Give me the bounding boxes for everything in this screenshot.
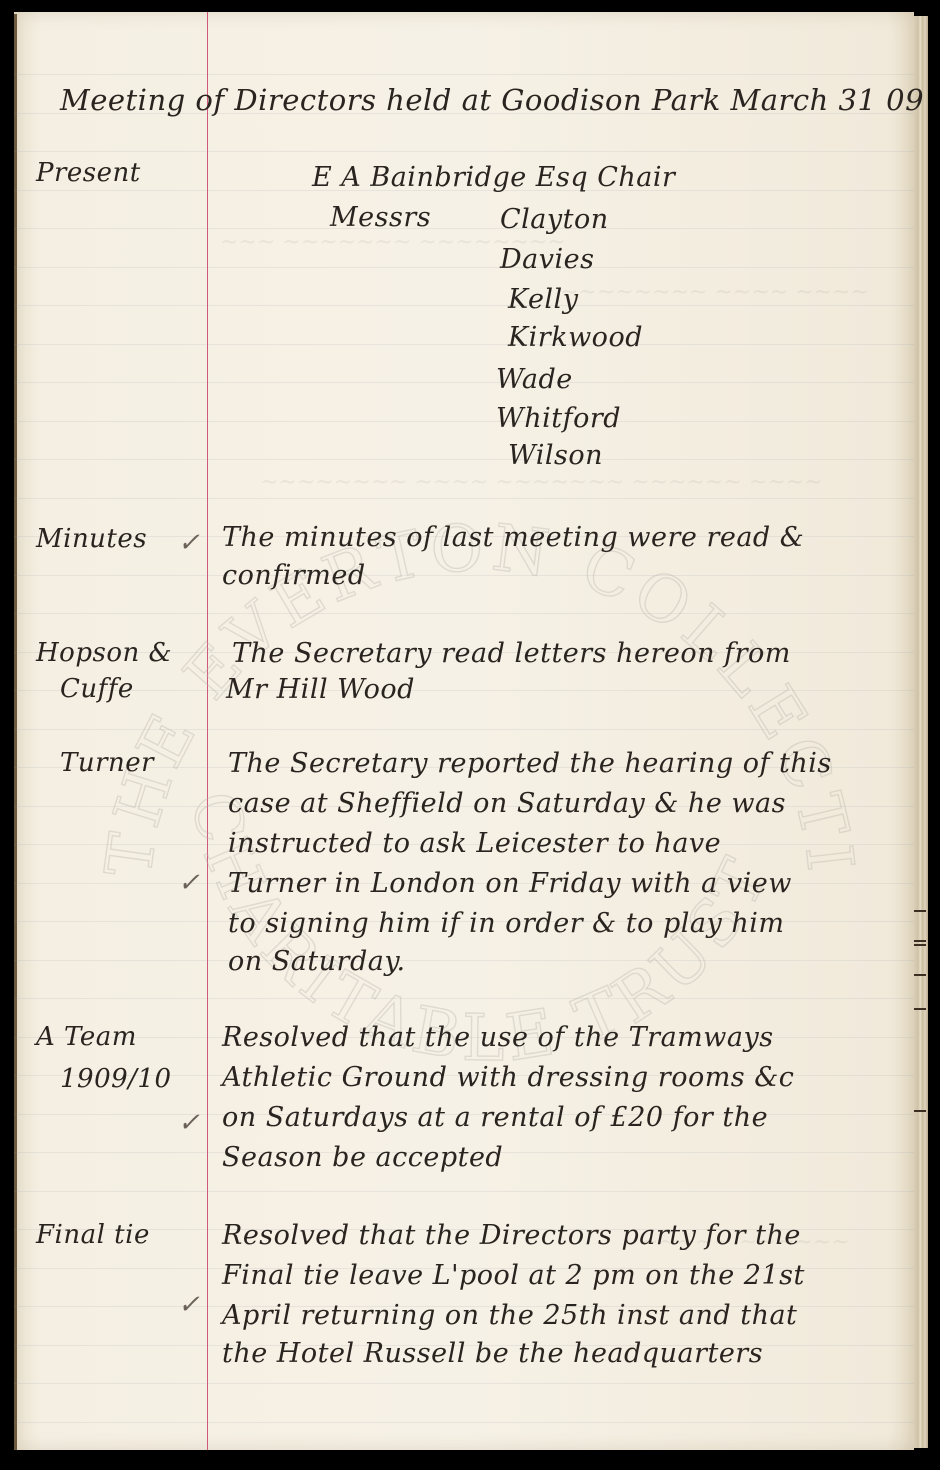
minute-line: confirmed [222,562,366,589]
ruled-line [14,459,914,460]
minute-line: instructed to ask Leicester to have [228,830,721,857]
side-label-a-team: A Team [36,1024,137,1050]
page-tab-mark [914,1110,926,1112]
ruled-line [14,267,914,268]
minute-line: to signing him if in order & to play him [228,910,784,937]
minute-line: The Secretary read letters hereon from [232,640,791,667]
director-name: Kirkwood [508,324,643,351]
director-name: Clayton [500,206,609,233]
red-margin-rule [207,12,208,1450]
stacked-page-edges [914,16,928,1448]
minute-line: Final tie leave L'pool at 2 pm on the 21… [222,1262,805,1289]
minute-line: The Secretary reported the hearing of th… [228,750,832,777]
minute-line: Athletic Ground with dressing rooms &c [222,1064,794,1091]
minute-line: on Saturdays at a rental of £20 for the [222,1104,768,1131]
minute-line: Resolved that the use of the Tramways [222,1024,774,1051]
ruled-line [14,1191,914,1192]
minute-line: Mr Hill Wood [226,676,415,703]
director-name: Whitford [496,405,621,432]
minute-line: case at Sheffield on Saturday & he was [228,790,786,817]
page-left-edge [14,14,17,1450]
side-label-a-team-season: 1909/10 [60,1066,172,1092]
ruled-line [14,729,914,730]
page-tab-mark [914,910,926,912]
side-label-present: Present [36,160,141,186]
ruled-line [14,690,914,691]
side-label-final-tie: Final tie [36,1222,150,1248]
tick-mark-icon: ✓ [178,1108,200,1138]
minute-line: Resolved that the Directors party for th… [222,1222,801,1249]
ruled-line [14,421,914,422]
minute-line: The minutes of last meeting were read & [222,524,804,551]
ruled-line [14,575,914,576]
ruled-line [14,151,914,152]
ruled-line [14,382,914,383]
page-tab-mark [914,1008,926,1010]
ruled-line [14,74,914,75]
director-name: Kelly [508,286,578,313]
director-name: Davies [500,246,594,273]
chair-line: E A Bainbridge Esq Chair [312,164,675,191]
side-label-minutes: Minutes [36,526,147,552]
page-tab-mark [914,974,926,976]
ruled-line [14,613,914,614]
minute-line: the Hotel Russell be the headquarters [222,1340,763,1367]
ruled-line [14,960,914,961]
ruled-line [14,1383,914,1384]
ruled-line [14,228,914,229]
director-name: Wade [496,366,573,393]
tick-mark-icon: ✓ [178,1290,200,1320]
show-through-text: ~~~~~~~~ ~~~~ ~~~~~~~ ~~~~~~ ~~~~ [260,470,823,495]
ruled-line [14,344,914,345]
page-tab-mark [914,944,926,946]
tick-mark-icon: ✓ [178,528,200,558]
minute-line: Season be accepted [222,1144,503,1171]
page-tab-mark [914,940,926,942]
director-name: Wilson [508,442,603,469]
ruled-line [14,998,914,999]
meeting-heading: Meeting of Directors held at Goodison Pa… [60,86,924,115]
minute-line: Turner in London on Friday with a view [228,870,792,897]
side-label-hopson-cuffe: Cuffe [60,676,134,702]
ruled-line [14,1422,914,1423]
minute-line: on Saturday. [228,948,406,975]
tick-mark-icon: ✓ [178,868,200,898]
messrs-label: Messrs [330,204,431,231]
side-label-turner: Turner [60,750,154,776]
show-through-text: ~~~~~~~~ ~~~~ ~~~~ [560,280,869,305]
minute-line: April returning on the 25th inst and tha… [222,1302,797,1329]
ruled-line [14,305,914,306]
side-label-hopson-cuffe: Hopson & [36,640,172,666]
ruled-line [14,498,914,499]
